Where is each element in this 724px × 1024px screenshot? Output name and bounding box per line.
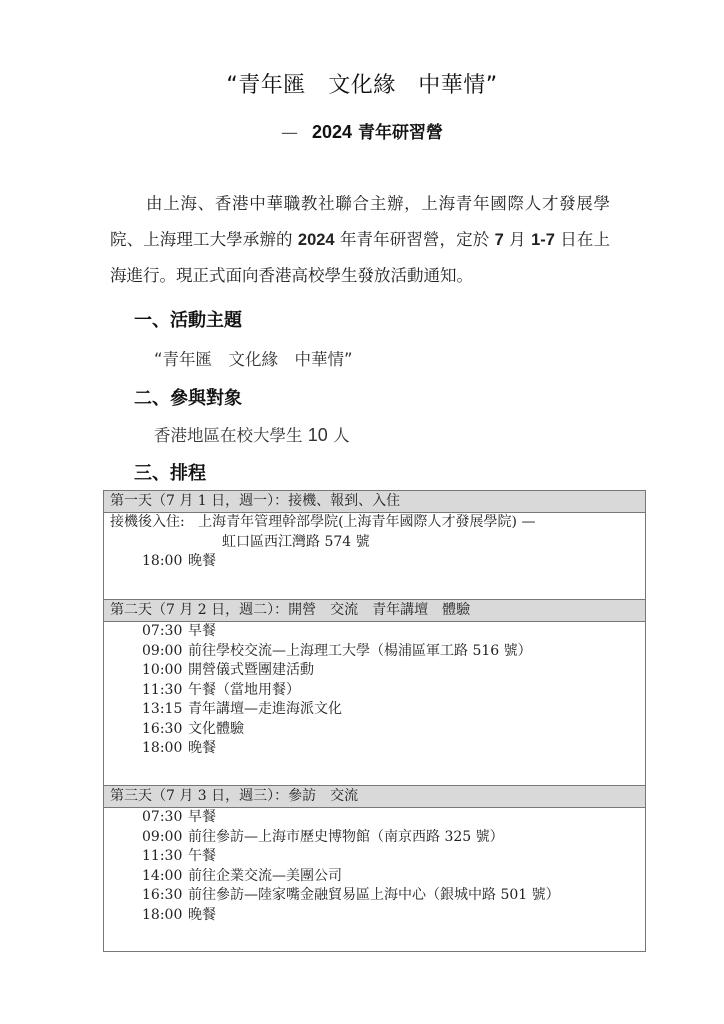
item-time: 13:15 xyxy=(142,700,188,720)
item-time: 09:00 xyxy=(142,828,188,848)
schedule-item: 16:30前往參訪—陸家嘴金融貿易區上海中心（銀城中路 501 號） xyxy=(110,886,639,906)
item-time: 07:30 xyxy=(142,622,188,642)
item-time: 09:00 xyxy=(142,642,188,662)
item-activity: 午餐（當地用餐） xyxy=(188,682,300,698)
item-time: 18:00 xyxy=(142,552,188,572)
day-body-row: 07:30早餐 09:00前往學校交流—上海理工大學（楊浦區軍工路 516 號）… xyxy=(104,622,646,786)
item-activity: 前往參訪—上海市歷史博物館（南京西路 325 號） xyxy=(188,829,504,845)
schedule-item: 13:15青年講壇—走進海派文化 xyxy=(110,700,639,720)
document-title: “青年匯 文化緣 中華情” xyxy=(0,68,724,99)
check-in-place: 上海青年管理幹部學院(上海青年國際人才發展學院) — xyxy=(198,514,535,530)
schedule-item: 11:30午餐 xyxy=(110,847,639,867)
schedule-item: 07:30早餐 xyxy=(110,808,639,828)
subtitle-dash: — xyxy=(281,123,298,143)
intro-text: 月 xyxy=(504,230,531,249)
intro-days: 1-7 xyxy=(531,231,555,249)
participants-unit: 人 xyxy=(328,426,350,445)
item-activity: 前往企業交流—美團公司 xyxy=(188,868,342,884)
item-time: 18:00 xyxy=(142,906,188,926)
day-2-header: 第二天（7 月 2 日，週二）：開營 交流 青年講壇 體驗 xyxy=(104,600,646,622)
item-activity: 青年講壇—走進海派文化 xyxy=(188,701,342,717)
day-3-body: 07:30早餐 09:00前往參訪—上海市歷史博物館（南京西路 325 號） 1… xyxy=(104,808,646,952)
schedule-item: 18:00晚餐 xyxy=(110,739,639,759)
subtitle-text: 青年研習營 xyxy=(352,123,443,143)
item-time: 16:30 xyxy=(142,720,188,740)
item-time: 18:00 xyxy=(142,739,188,759)
day-body-row: 接機後入住: 上海青年管理幹部學院(上海青年國際人才發展學院) — 虹口區西江灣… xyxy=(104,513,646,600)
intro-month: 7 xyxy=(495,231,504,249)
item-activity: 午餐 xyxy=(188,848,216,864)
day-1-header: 第一天（7 月 1 日，週一）：接機、報到、入住 xyxy=(104,491,646,513)
day-header-row: 第三天（7 月 3 日，週三）：參訪 交流 xyxy=(104,786,646,808)
day-body-row: 07:30早餐 09:00前往參訪—上海市歷史博物館（南京西路 325 號） 1… xyxy=(104,808,646,952)
item-activity: 晚餐 xyxy=(188,740,216,756)
section-body-theme: “青年匯 文化緣 中華情” xyxy=(154,346,353,370)
check-in-label: 接機後入住: xyxy=(110,514,185,530)
day-2-body: 07:30早餐 09:00前往學校交流—上海理工大學（楊浦區軍工路 516 號）… xyxy=(104,622,646,786)
item-activity: 晚餐 xyxy=(188,907,216,923)
section-heading-schedule: 三、排程 xyxy=(134,459,206,485)
schedule-item: 09:00前往學校交流—上海理工大學（楊浦區軍工路 516 號） xyxy=(110,642,639,662)
intro-paragraph: 由上海、香港中華職教社聯合主辦，上海青年國際人才發展學院、上海理工大學承辦的 2… xyxy=(110,186,610,294)
schedule-item: 16:30文化體驗 xyxy=(110,720,639,740)
day-header-row: 第二天（7 月 2 日，週二）：開營 交流 青年講壇 體驗 xyxy=(104,600,646,622)
participants-text: 香港地區在校大學生 xyxy=(154,426,308,445)
intro-text: 年青年研習營，定於 xyxy=(335,230,495,249)
check-in-line: 接機後入住: 上海青年管理幹部學院(上海青年國際人才發展學院) — xyxy=(110,513,639,533)
day-header-row: 第一天（7 月 1 日，週一）：接機、報到、入住 xyxy=(104,491,646,513)
subtitle-year: 2024 xyxy=(312,122,352,142)
intro-year: 2024 xyxy=(298,231,335,249)
schedule-item: 18:00晚餐 xyxy=(110,552,639,572)
item-activity: 早餐 xyxy=(188,809,216,825)
schedule-item: 07:30早餐 xyxy=(110,622,639,642)
item-time: 14:00 xyxy=(142,867,188,887)
day-3-header: 第三天（7 月 3 日，週三）：參訪 交流 xyxy=(104,786,646,808)
day-1-body: 接機後入住: 上海青年管理幹部學院(上海青年國際人才發展學院) — 虹口區西江灣… xyxy=(104,513,646,600)
item-activity: 早餐 xyxy=(188,623,216,639)
item-time: 11:30 xyxy=(142,681,188,701)
item-activity: 文化體驗 xyxy=(188,721,244,737)
schedule-item: 09:00前往參訪—上海市歷史博物館（南京西路 325 號） xyxy=(110,828,639,848)
section-heading-theme: 一、活動主題 xyxy=(134,306,242,332)
document-subtitle: —2024 青年研習營 xyxy=(0,118,724,143)
item-time: 16:30 xyxy=(142,886,188,906)
participants-count: 10 xyxy=(308,425,328,445)
check-in-address: 虹口區西江灣路 574 號 xyxy=(110,533,639,553)
item-time: 10:00 xyxy=(142,661,188,681)
item-activity: 晚餐 xyxy=(188,553,216,569)
schedule-item: 10:00開營儀式暨團建活動 xyxy=(110,661,639,681)
item-time: 11:30 xyxy=(142,847,188,867)
schedule-item: 14:00前往企業交流—美團公司 xyxy=(110,867,639,887)
item-time: 07:30 xyxy=(142,808,188,828)
schedule-table: 第一天（7 月 1 日，週一）：接機、報到、入住 接機後入住: 上海青年管理幹部… xyxy=(103,490,646,952)
item-activity: 開營儀式暨團建活動 xyxy=(188,662,314,678)
item-activity: 前往參訪—陸家嘴金融貿易區上海中心（銀城中路 501 號） xyxy=(188,887,560,903)
schedule-item: 11:30午餐（當地用餐） xyxy=(110,681,639,701)
schedule-item: 18:00晚餐 xyxy=(110,906,639,926)
item-activity: 前往學校交流—上海理工大學（楊浦區軍工路 516 號） xyxy=(188,643,532,659)
section-heading-participants: 二、參與對象 xyxy=(134,384,242,410)
section-body-participants: 香港地區在校大學生 10 人 xyxy=(154,422,350,446)
